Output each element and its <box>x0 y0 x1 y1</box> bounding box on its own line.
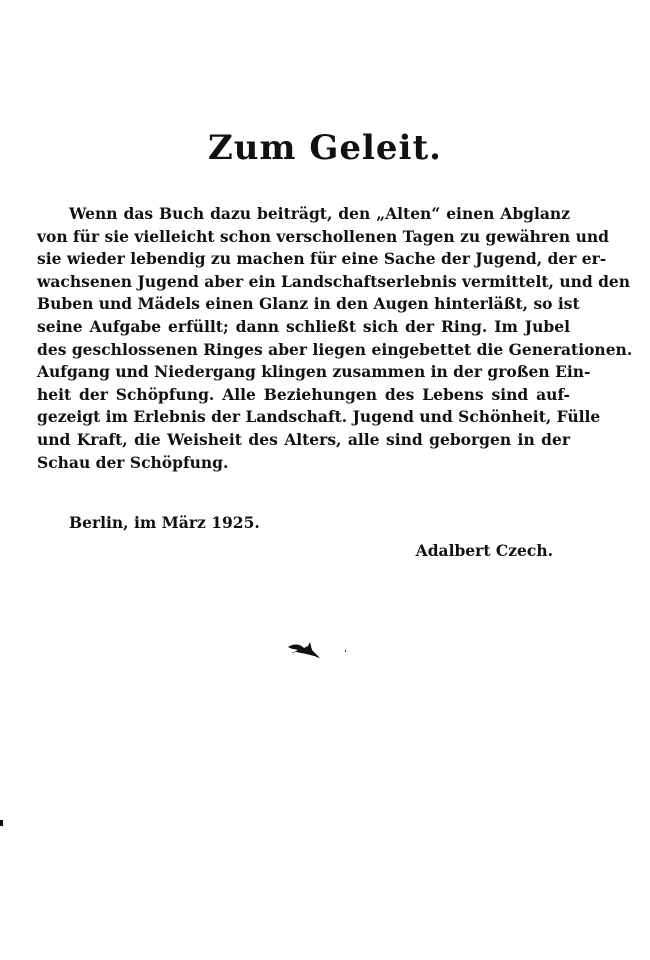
paragraph-line: Aufgang und Niedergang klingen zusammen … <box>37 361 570 384</box>
author-signature: Adalbert Czech. <box>416 541 553 560</box>
place-date: Berlin, im März 1925. <box>69 513 260 532</box>
leaf-ornament-icon <box>286 642 326 666</box>
paragraph-line: des geschlossenen Ringes aber liegen ein… <box>37 339 570 362</box>
paragraph-line: sie wieder lebendig zu machen für eine S… <box>37 248 570 271</box>
paragraph-line: und Kraft, die Weisheit des Alters, alle… <box>37 429 570 452</box>
document-page: Zum Geleit. Wenn das Buch dazu beiträgt,… <box>0 0 650 960</box>
paragraph-line: Wenn das Buch dazu beiträgt, den „Alten“… <box>37 203 570 226</box>
foreword-paragraph: Wenn das Buch dazu beiträgt, den „Alten“… <box>37 203 570 474</box>
paragraph-line: von für sie vielleicht schon verschollen… <box>37 226 570 249</box>
print-speck <box>0 820 3 826</box>
paragraph-line: Schau der Schöpfung. <box>37 452 570 475</box>
print-speck <box>345 650 346 652</box>
paragraph-line: wachsenen Jugend aber ein Landschaftserl… <box>37 271 570 294</box>
paragraph-line: Buben und Mädels einen Glanz in den Auge… <box>37 293 570 316</box>
paragraph-line: gezeigt im Erlebnis der Landschaft. Juge… <box>37 406 570 429</box>
page-title: Zum Geleit. <box>0 128 650 168</box>
paragraph-line: heit der Schöpfung. Alle Beziehungen des… <box>37 384 570 407</box>
paragraph-line: seine Aufgabe erfüllt; dann schließt sic… <box>37 316 570 339</box>
